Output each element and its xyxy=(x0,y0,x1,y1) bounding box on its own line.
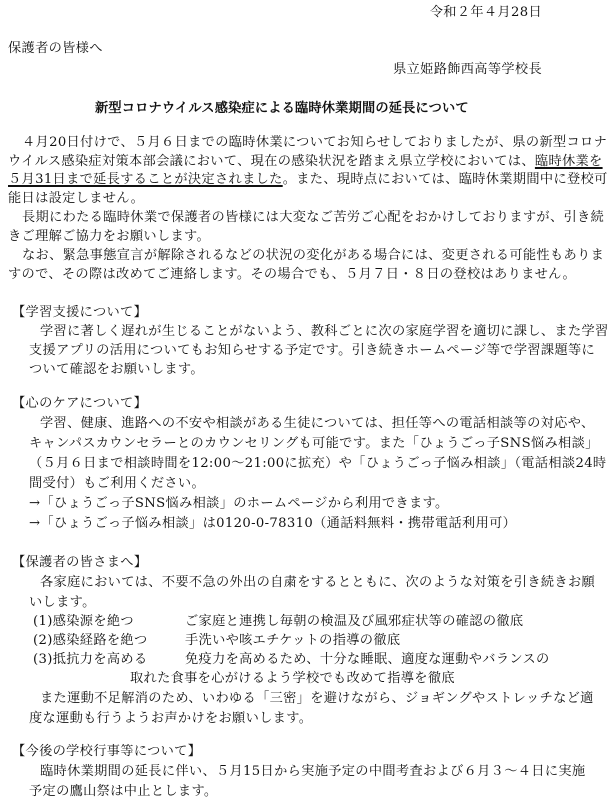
addressee: 保護者の皆様へ xyxy=(8,41,103,57)
section-line: 予定の鷹山祭は中止とします。 xyxy=(29,784,217,800)
section-line: （５月６日まで相談時間を12:00～21:00に拡充）や「ひょうごっ子悩み相談」… xyxy=(29,456,606,472)
intro-line: きご理解ご協力をお願いします。 xyxy=(8,229,210,245)
section-line: また運動不足解消のため、いわゆる「三密」を避けながら、ジョギングやストレッチなど… xyxy=(40,691,594,707)
document-title: 新型コロナウイルス感染症による臨時休業期間の延長について xyxy=(95,101,469,117)
text-span: 。また、現時点においては、臨時休業期間中に登校可 xyxy=(283,172,608,187)
section-heading: 【今後の学校行事等について】 xyxy=(12,744,201,760)
section-line: キャンパスカウンセラーとのカウンセリングも可能です。また「ひょうごっ子SNS悩み… xyxy=(29,436,599,452)
phone-consultation-line: →「ひょうごっ子悩み相談」は0120-0-78310（通話料無料・携帯電話利用可… xyxy=(29,516,516,532)
section-line: 学習、健康、進路への不安や相談がある生徒については、担任等への電話相談等の対応や… xyxy=(40,416,595,432)
measure-text: ご家庭と連携し毎朝の検温及び風邪症状等の確認の徹底 xyxy=(185,614,523,630)
section-line: 度な運動も行うようお声かけをお願いします。 xyxy=(29,711,312,727)
emphasis-underline: ５月31日まで延長することが決定されました xyxy=(8,172,283,187)
section-line: 各家庭においては、不要不急の外出の自粛をするとともに、次のような対策を引き続きお… xyxy=(40,575,595,591)
measure-item-1: (1)感染源を絶つ ご家庭と連携し毎朝の検温及び風邪症状等の確認の徹底 xyxy=(33,614,593,630)
measure-label: (2)感染経路を絶つ xyxy=(33,633,148,648)
intro-line: なお、緊急事態宣言が解除されるなどの状況の変化がある場合には、変更される可能性も… xyxy=(22,248,604,264)
emphasis-underline: 臨時休業を xyxy=(535,154,603,169)
intro-line: すので、その際は改めてご連絡します。その場合でも、５月７日・８日の登校はありませ… xyxy=(8,267,576,283)
measure-3-continuation: 取れた食事を心がけるよう学校でも改めて指導を徹底 xyxy=(130,671,455,687)
section-line: 支援アプリの活用についてもお知らせする予定です。引き続きホームページ等で学習課題… xyxy=(29,343,595,359)
measure-item-3: (3)抵抗力を高める 免疫力を高めるため、十分な睡眠、適度な運動やバランスの xyxy=(33,652,593,668)
intro-line: ウイルス感染症対策本部会議において、現在の感染状況を踏まえ県立学校においては、臨… xyxy=(8,154,603,170)
document-date: 令和２年４月28日 xyxy=(430,5,542,21)
sender: 県立姫路飾西高等学校長 xyxy=(393,62,542,78)
section-heading: 【保護者の皆さまへ】 xyxy=(12,555,147,571)
section-line: 間受付）もご利用ください。 xyxy=(29,476,205,492)
intro-line: ５月31日まで延長することが決定されました。また、現時点においては、臨時休業期間… xyxy=(8,172,608,188)
text-span: ウイルス感染症対策本部会議において、現在の感染状況を踏まえ県立学校においては、 xyxy=(8,154,535,169)
measure-text: 免疫力を高めるため、十分な睡眠、適度な運動やバランスの xyxy=(185,652,550,668)
sns-consultation-line: →「ひょうごっ子SNS悩み相談」のホームページから利用できます。 xyxy=(29,496,449,512)
measure-text: 手洗いや咳エチケットの指導の徹底 xyxy=(185,633,400,649)
section-line: 学習に著しく遅れが生じることがないよう、教科ごとに次の家庭学習を適切に課し、また… xyxy=(40,324,609,340)
measure-label: (1)感染源を絶つ xyxy=(33,614,134,629)
section-heading: 【学習支援について】 xyxy=(12,305,147,321)
measure-item-2: (2)感染経路を絶つ 手洗いや咳エチケットの指導の徹底 xyxy=(33,633,593,649)
section-line: ついて確認をお願いします。 xyxy=(29,362,204,378)
section-line: 臨時休業期間の延長に伴い、５月15日から実施予定の中間考査および６月３～４日に実… xyxy=(40,764,585,780)
intro-line: ４月20日付けで、５月６日までの臨時休業についてお知らせしておりましたが、県の新… xyxy=(22,135,607,151)
measure-label: (3)抵抗力を高める xyxy=(33,652,148,667)
section-line: いします。 xyxy=(29,595,96,611)
intro-line: 長期にわたる臨時休業で保護者の皆様には大変なご苦労ご心配をおかけしておりますが、… xyxy=(22,210,604,226)
intro-line: 能日は設定しません。 xyxy=(8,191,144,207)
section-heading: 【心のケアについて】 xyxy=(12,396,147,412)
